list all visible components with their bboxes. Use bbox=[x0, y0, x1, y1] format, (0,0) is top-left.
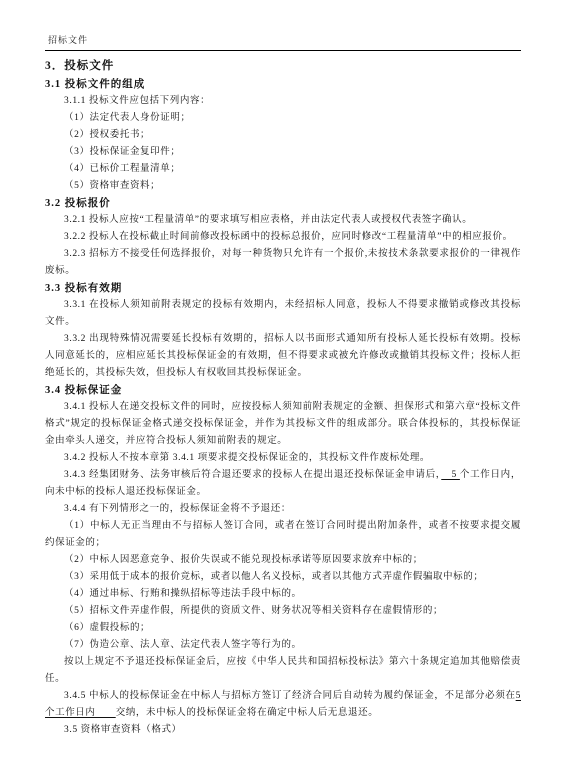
para-penalty: 按以上规定不予退还投标保证金后，应按《中华人民共和国招标投标法》第六十条规定追加… bbox=[45, 654, 521, 688]
section-heading-3-4: 3.4 投标保证金 bbox=[45, 382, 521, 399]
para-3-4-3: 3.4.3 经集团财务、法务审核后符合退还要求的投标人在提出退还投标保证金申请后… bbox=[45, 467, 521, 501]
para-3-4-5: 3.4.5 中标人的投标保证金在中标人与招标方签订了经济合同后自动转为履约保证金… bbox=[45, 688, 521, 722]
para-3-2-2: 3.2.2 投标人在投标截止时间前修改投标函中的投标总报价，应同时修改“工程量清… bbox=[45, 229, 521, 246]
running-header: 招标文件 bbox=[45, 33, 521, 47]
list-item: （4）已标价工程量清单； bbox=[45, 161, 521, 178]
section-heading-3-1: 3.1 投标文件的组成 bbox=[45, 76, 521, 93]
list-item: （6）虚假投标的； bbox=[45, 620, 521, 637]
list-item: （3）投标保证金复印件； bbox=[45, 144, 521, 161]
list-item: （7）伪造公章、法人章、法定代表人签字等行为的。 bbox=[45, 637, 521, 654]
para-3-5: 3.5 资格审查资料（格式） bbox=[45, 722, 521, 739]
list-item: （1）中标人无正当理由不与招标人签订合同，或者在签订合同时提出附加条件，或者不按… bbox=[45, 518, 521, 552]
para-3-3-1: 3.3.1 在投标人须知前附表规定的投标有效期内，未经招标人同意，投标人不得要求… bbox=[45, 297, 521, 331]
para-3-2-3: 3.2.3 招标方不接受任何选择报价，对每一种货物只允许有一个报价,未按技术条款… bbox=[45, 246, 521, 280]
para-3-4-2: 3.4.2 投标人不按本章第 3.4.1 项要求提交投标保证金的，其投标文件作废… bbox=[45, 450, 521, 467]
document-page: 招标文件 3．投标文件 3.1 投标文件的组成 3.1.1 投标文件应包括下列内… bbox=[0, 0, 575, 766]
list-item: （4）通过串标、行贿和操纵招标等违法手段中标的。 bbox=[45, 586, 521, 603]
list-item: （1）法定代表人身份证明； bbox=[45, 110, 521, 127]
list-item: （5）招标文件弄虚作假，所提供的资质文件、财务状况等相关资料存在虚假情形的； bbox=[45, 603, 521, 620]
list-item: （2）中标人因恶意竞争、报价失误或不能兑现投标承诺等原因要求放弃中标的； bbox=[45, 552, 521, 569]
section-heading-3-2: 3.2 投标报价 bbox=[45, 195, 521, 212]
list-item: （3）采用低于成本的报价竞标，或者以他人名义投标，或者以其他方式弄虚作假骗取中标… bbox=[45, 569, 521, 586]
header-rule bbox=[45, 50, 521, 51]
page-content: 招标文件 3．投标文件 3.1 投标文件的组成 3.1.1 投标文件应包括下列内… bbox=[45, 33, 521, 739]
para-3-4-3-text: 3.4.3 经集团财务、法务审核后符合退还要求的投标人在提出退还投标保证金申请后… bbox=[64, 470, 441, 480]
chapter-heading: 3．投标文件 bbox=[45, 57, 521, 76]
list-item: （2）授权委托书； bbox=[45, 127, 521, 144]
para-3-3-2: 3.3.2 出现特殊情况需要延长投标有效期的，招标人以书面形式通知所有投标人延长… bbox=[45, 331, 521, 382]
para-3-4-1: 3.4.1 投标人在递交投标文件的同时，应按投标人须知前附表规定的金额、担保形式… bbox=[45, 399, 521, 450]
para-3-2-1: 3.2.1 投标人应按“工程量清单”的要求填写相应表格，并由法定代表人或授权代表… bbox=[45, 212, 521, 229]
para-3-4-4: 3.4.4 有下列情形之一的，投标保证金将不予退还： bbox=[45, 501, 521, 518]
filled-blank-working-days: 5 bbox=[441, 470, 460, 480]
para-3-4-5-text: 3.4.5 中标人的投标保证金在中标人与招标方签订了经济合同后自动转为履约保证金… bbox=[64, 691, 516, 701]
para-3-4-5-text: 交纳，未中标人的投标保证金将在确定中标人后无息退还。 bbox=[116, 708, 379, 718]
list-item: （5）资格审查资料； bbox=[45, 178, 521, 195]
section-heading-3-3: 3.3 投标有效期 bbox=[45, 280, 521, 297]
para-3-1-1: 3.1.1 投标文件应包括下列内容： bbox=[45, 93, 521, 110]
